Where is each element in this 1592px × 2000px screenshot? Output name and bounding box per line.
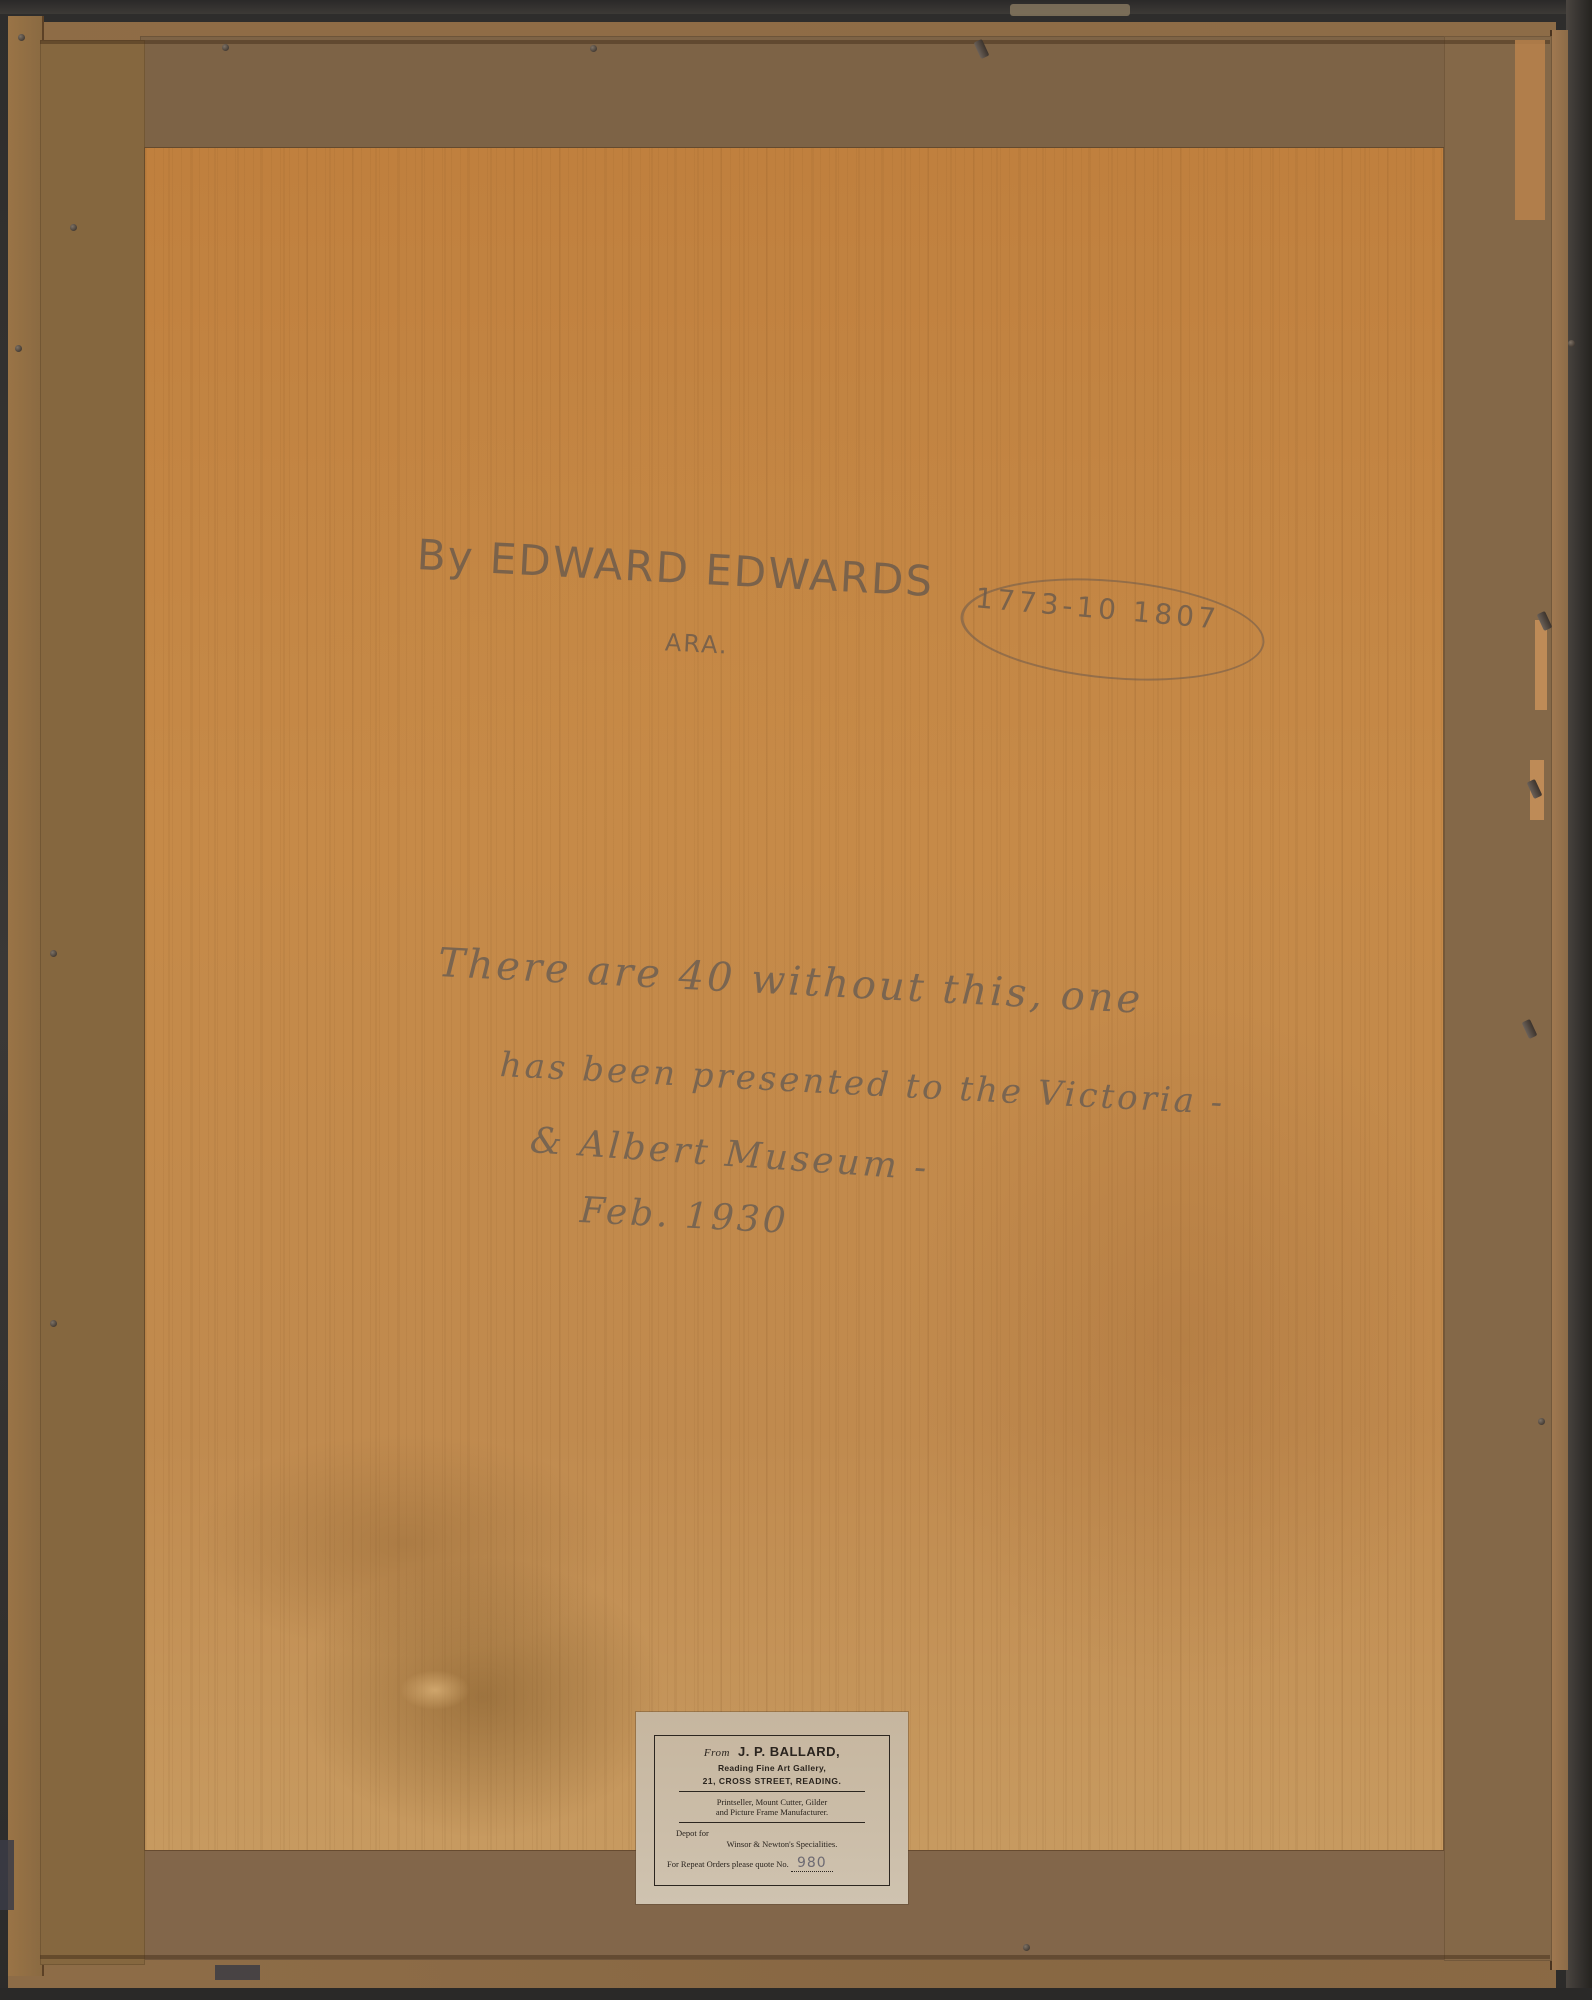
- tack-icon: [590, 45, 597, 52]
- frame-exposed-chip: [0, 1840, 14, 1910]
- wood-knot: [400, 1670, 470, 1710]
- label-trade-line: Printseller, Mount Cutter, Gilder: [655, 1797, 889, 1807]
- frame-paint-chip: [1010, 4, 1130, 16]
- attribution-honorific: ARA.: [664, 628, 729, 659]
- tack-icon: [222, 44, 229, 51]
- tack-icon: [1023, 1944, 1030, 1951]
- tack-icon: [15, 345, 22, 352]
- label-divider: [679, 1791, 865, 1792]
- tack-icon: [50, 950, 57, 957]
- label-address: 21, CROSS STREET, READING.: [655, 1776, 889, 1786]
- tack-icon: [70, 224, 77, 231]
- fold-line: [40, 40, 1550, 44]
- left-edge-strip: [8, 16, 44, 1976]
- label-depot-prefix: Depot for: [655, 1828, 889, 1838]
- frame-right-rail: [1566, 0, 1592, 2000]
- framer-label: From J. P. BALLARD, Reading Fine Art Gal…: [636, 1712, 908, 1904]
- label-gallery: Reading Fine Art Gallery,: [655, 1763, 889, 1773]
- label-border: From J. P. BALLARD, Reading Fine Art Gal…: [654, 1735, 890, 1886]
- tack-icon: [1538, 1418, 1545, 1425]
- label-header: From J. P. BALLARD,: [655, 1744, 889, 1759]
- tack-icon: [50, 1320, 57, 1327]
- label-repeat-text: For Repeat Orders please quote No.: [667, 1859, 789, 1869]
- label-from-prefix: From: [704, 1747, 730, 1759]
- tack-icon: [1568, 340, 1575, 347]
- frame-top-rail: [0, 0, 1592, 14]
- label-repeat-orders: For Repeat Orders please quote No. 980: [655, 1855, 889, 1871]
- fold-line: [40, 1955, 1550, 1959]
- tape-left: [40, 40, 145, 1965]
- frame-bottom-rail: [0, 1988, 1592, 2000]
- label-trade-line: and Picture Frame Manufacturer.: [655, 1807, 889, 1817]
- label-depot-brand: Winsor & Newton's Specialities.: [655, 1839, 889, 1849]
- frame-exposed-chip: [215, 1965, 260, 1980]
- paper-tear: [1515, 40, 1545, 220]
- label-divider: [679, 1822, 865, 1823]
- label-business-name: J. P. BALLARD,: [738, 1744, 840, 1759]
- label-order-number: 980: [791, 1855, 833, 1872]
- picture-frame: By EDWARD EDWARDS ARA. 1773-10 1807 Ther…: [0, 0, 1592, 2000]
- right-edge-strip: [1550, 30, 1568, 1970]
- tape-right: [1444, 36, 1552, 1961]
- tape-top: [140, 36, 1450, 148]
- tack-icon: [18, 34, 25, 41]
- paper-tear: [1535, 620, 1547, 710]
